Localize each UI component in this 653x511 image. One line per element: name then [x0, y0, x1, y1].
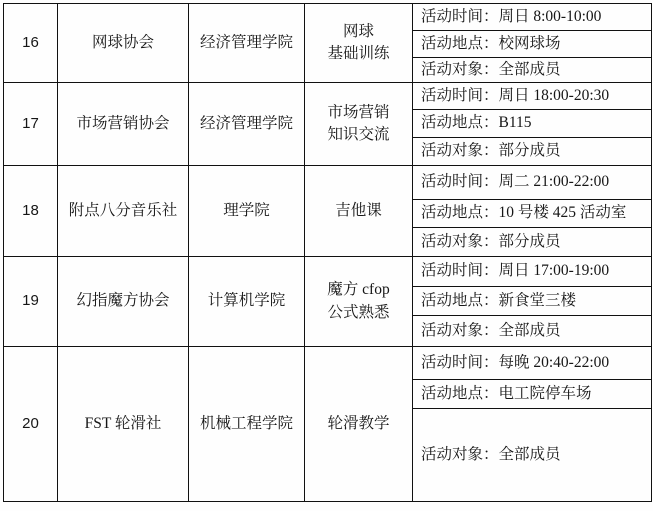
activity-cell: 网球 基础训练	[305, 4, 413, 83]
college-cell: 经济管理学院	[189, 4, 305, 83]
college-cell: 机械工程学院	[189, 347, 305, 502]
activity-target-cell: 活动对象：部分成员	[413, 138, 652, 166]
table-row: 17 市场营销协会 经济管理学院 市场营销 知识交流 活动时间：周日 18:00…	[4, 83, 652, 110]
activity-time-cell: 活动时间：周日 18:00-20:30	[413, 83, 652, 110]
table-row: 16 网球协会 经济管理学院 网球 基础训练 活动时间：周日 8:00-10:0…	[4, 4, 652, 31]
document-page: 16 网球协会 经济管理学院 网球 基础训练 活动时间：周日 8:00-10:0…	[0, 0, 653, 511]
row-number-cell: 17	[4, 83, 58, 166]
activity-target-cell: 活动对象：全部成员	[413, 58, 652, 83]
activity-time-cell: 活动时间：周日 8:00-10:00	[413, 4, 652, 31]
club-name-cell: 幻指魔方协会	[58, 257, 189, 347]
club-name-cell: 附点八分音乐社	[58, 166, 189, 257]
college-cell: 理学院	[189, 166, 305, 257]
activity-place-cell: 活动地点：校网球场	[413, 31, 652, 58]
activity-time-cell: 活动时间：周日 17:00-19:00	[413, 257, 652, 287]
activity-place-cell: 活动地点：电工院停车场	[413, 380, 652, 409]
row-number-cell: 18	[4, 166, 58, 257]
activity-place-cell: 活动地点：10 号楼 425 活动室	[413, 200, 652, 228]
activity-cell: 吉他课	[305, 166, 413, 257]
activity-target-cell: 活动对象：全部成员	[413, 316, 652, 347]
club-name-cell: 市场营销协会	[58, 83, 189, 166]
table-row: 20 FST 轮滑社 机械工程学院 轮滑教学 活动时间：每晚 20:40-22:…	[4, 347, 652, 380]
activity-place-cell: 活动地点：B115	[413, 110, 652, 138]
activity-cell: 市场营销 知识交流	[305, 83, 413, 166]
activity-cell: 轮滑教学	[305, 347, 413, 502]
club-activity-table: 16 网球协会 经济管理学院 网球 基础训练 活动时间：周日 8:00-10:0…	[3, 3, 652, 502]
table-row: 18 附点八分音乐社 理学院 吉他课 活动时间：周二 21:00-22:00	[4, 166, 652, 200]
activity-place-cell: 活动地点：新食堂三楼	[413, 287, 652, 316]
activity-time-cell: 活动时间：每晚 20:40-22:00	[413, 347, 652, 380]
table-row: 19 幻指魔方协会 计算机学院 魔方 cfop 公式熟悉 活动时间：周日 17:…	[4, 257, 652, 287]
college-cell: 经济管理学院	[189, 83, 305, 166]
college-cell: 计算机学院	[189, 257, 305, 347]
club-name-cell: 网球协会	[58, 4, 189, 83]
activity-time-cell: 活动时间：周二 21:00-22:00	[413, 166, 652, 200]
activity-cell: 魔方 cfop 公式熟悉	[305, 257, 413, 347]
activity-target-cell: 活动对象：全部成员	[413, 409, 652, 502]
activity-target-cell: 活动对象：部分成员	[413, 228, 652, 257]
row-number-cell: 16	[4, 4, 58, 83]
row-number-cell: 20	[4, 347, 58, 502]
row-number-cell: 19	[4, 257, 58, 347]
club-name-cell: FST 轮滑社	[58, 347, 189, 502]
